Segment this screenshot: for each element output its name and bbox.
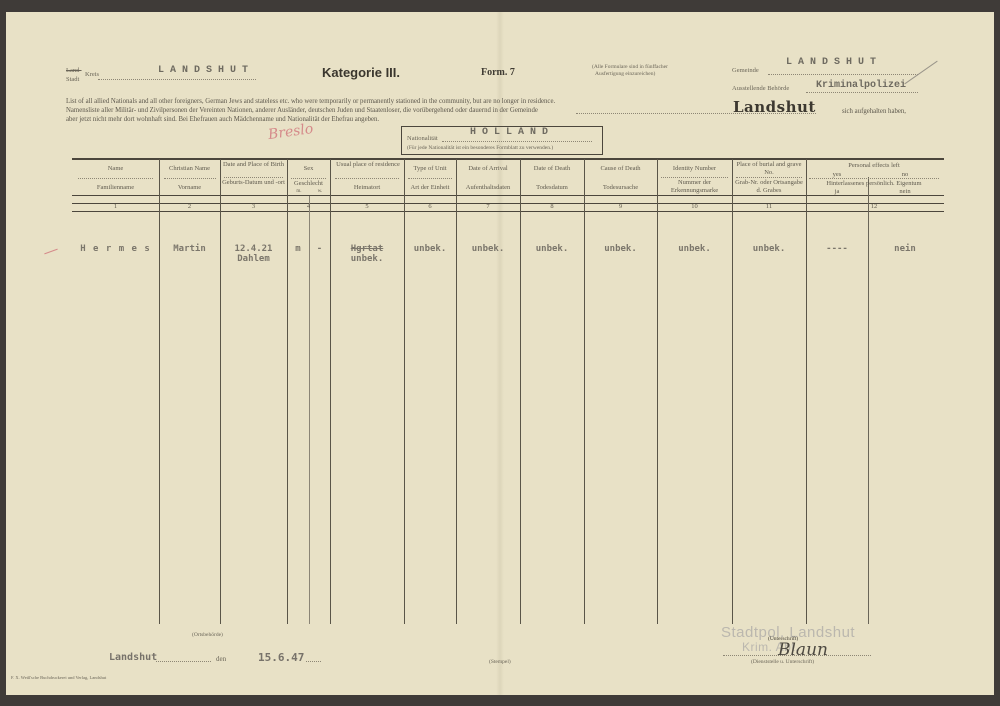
intro-line-3: aber jetzt nicht mehr dort wohnhaft sind… bbox=[66, 115, 379, 124]
nationality-value: H O L L A N D bbox=[470, 127, 548, 138]
col-divider bbox=[404, 159, 405, 624]
col-divider bbox=[806, 159, 807, 624]
col-divider bbox=[584, 159, 585, 624]
cell-residence-struck: Hgrtat bbox=[330, 244, 404, 254]
nationality-label: Nationalität bbox=[407, 135, 438, 142]
kreis-underline bbox=[98, 79, 256, 80]
col-5-en: Usual place of residence bbox=[334, 161, 402, 169]
hdr-dots bbox=[661, 177, 728, 178]
sex-subdivider bbox=[309, 196, 310, 624]
cell-identity: unbek. bbox=[657, 244, 732, 254]
cell-name: H e r m e s bbox=[72, 244, 159, 254]
hdr-dots bbox=[78, 178, 153, 179]
pencil-stroke bbox=[904, 61, 937, 85]
col-5-de: Heimatort bbox=[330, 184, 404, 192]
col-8-en: Date of Death bbox=[520, 165, 584, 173]
col-divider bbox=[732, 159, 733, 624]
form-note-line1: (Alle Formulare sind in fünffacher bbox=[592, 64, 668, 70]
cell-effects-no: nein bbox=[868, 244, 942, 254]
col-7-de: Aufenthaltsdaten bbox=[456, 184, 520, 192]
form-number: Form. 7 bbox=[481, 67, 515, 78]
hdr-dots bbox=[408, 178, 452, 179]
stamp-suffix: sich aufgehalten haben, bbox=[842, 107, 906, 116]
table-body-rule bbox=[72, 211, 944, 212]
cell-residence: unbek. bbox=[330, 254, 404, 264]
col-divider bbox=[520, 159, 521, 624]
hdr-dots bbox=[809, 178, 939, 179]
col-3-de: Geburts-Datum und -ort bbox=[222, 179, 285, 187]
cell-death-date: unbek. bbox=[520, 244, 584, 254]
cell-unit: unbek. bbox=[404, 244, 456, 254]
hdr-dots bbox=[335, 178, 399, 179]
cell-sex-m: m bbox=[287, 244, 309, 254]
col-7-num: 7 bbox=[456, 203, 520, 210]
cell-birth-date: 12.4.21 bbox=[220, 244, 287, 254]
col-2-de: Vorname bbox=[159, 184, 220, 192]
dienststelle-label: (Dienststelle u. Unterschrift) bbox=[751, 659, 814, 665]
intro-line-1: List of all allied Nationals and all oth… bbox=[66, 97, 555, 106]
col-12-sub-ja: ja bbox=[806, 188, 868, 196]
footer-date-underline bbox=[306, 661, 321, 662]
kreis-value: L A N D S H U T bbox=[158, 65, 248, 76]
col-4-en: Sex bbox=[287, 165, 330, 173]
col-12-en: Personal effects left bbox=[806, 162, 942, 170]
nationality-note: (Für jede Nationalität ist ein besondere… bbox=[407, 145, 553, 151]
col-3-en: Date and Place of Birth bbox=[222, 161, 285, 169]
footer-place-underline bbox=[156, 661, 211, 662]
form-title: Kategorie III. bbox=[322, 65, 400, 80]
nationality-box: Nationalität H O L L A N D (Für jede Nat… bbox=[401, 126, 603, 155]
col-11-en: Place of burial and grave No. bbox=[736, 161, 802, 177]
gemeinde-label: Gemeinde bbox=[732, 67, 759, 74]
col-2-en: Christian Name bbox=[159, 165, 220, 173]
table-top-rule bbox=[72, 158, 944, 160]
cell-effects-yes: ---- bbox=[806, 244, 868, 254]
col-12-de: Hinterlassenes persönlich. Eigentum bbox=[806, 180, 942, 188]
col-6-de: Art der Einheit bbox=[404, 184, 456, 192]
col-divider bbox=[159, 159, 160, 624]
col-6-num: 6 bbox=[404, 203, 456, 210]
col-divider bbox=[657, 159, 658, 624]
kreis-label-struck: Land- bbox=[66, 67, 82, 74]
behoerde-value: Kriminalpolizei bbox=[816, 80, 906, 91]
col-9-de: Todesursache bbox=[584, 184, 657, 192]
hdr-dots bbox=[164, 178, 216, 179]
col-10-num: 10 bbox=[657, 203, 732, 210]
col-divider bbox=[330, 159, 331, 624]
col-9-num: 9 bbox=[584, 203, 657, 210]
gemeinde-value: L A N D S H U T bbox=[786, 57, 876, 68]
cell-sex-w: - bbox=[309, 244, 330, 254]
kreis-label: Kreis bbox=[85, 71, 99, 78]
col-9-en: Cause of Death bbox=[584, 165, 657, 173]
col-7-en: Date of Arrival bbox=[456, 165, 520, 173]
col-1-en: Name bbox=[72, 165, 159, 173]
col-1-de: Familienname bbox=[72, 184, 159, 192]
document-page: Land- Kreis Stadt L A N D S H U T Katego… bbox=[6, 12, 994, 695]
ortsbehoerde-label: (Ortsbehörde) bbox=[192, 632, 223, 638]
col-4-sub-m: m. bbox=[289, 188, 309, 196]
behoerde-underline bbox=[806, 92, 918, 93]
signature: Blaun bbox=[778, 640, 828, 660]
col-10-en: Identity Number bbox=[657, 165, 732, 173]
col-10-de: Nummer der Erkennungsmarke bbox=[661, 179, 728, 195]
col-12-num: 12 bbox=[806, 203, 942, 210]
footer-place: Landshut bbox=[109, 652, 157, 663]
col-divider bbox=[287, 159, 288, 624]
col-4-sub-w: w. bbox=[310, 188, 330, 196]
form-note-line2: Ausfertigung einzureichen) bbox=[595, 71, 655, 77]
cell-birth-place: Dahlem bbox=[220, 254, 287, 264]
col-3-num: 3 bbox=[220, 203, 287, 210]
nationality-underline bbox=[442, 141, 592, 142]
cell-arrival: unbek. bbox=[456, 244, 520, 254]
behoerde-label: Ausstellende Behörde bbox=[732, 85, 789, 92]
col-11-de: Grab-Nr. oder Ortsangabe d. Grabes bbox=[734, 179, 804, 195]
hdr-dots bbox=[224, 177, 283, 178]
footer-date: 15.6.47 bbox=[258, 651, 304, 664]
hdr-dots bbox=[291, 178, 326, 179]
stempel-label: (Stempel) bbox=[489, 659, 511, 665]
red-check-mark bbox=[44, 249, 57, 255]
col-1-num: 1 bbox=[72, 203, 159, 210]
red-pencil-annotation: Breslo bbox=[267, 121, 314, 143]
col-8-de: Todesdatum bbox=[520, 184, 584, 192]
col-divider bbox=[456, 159, 457, 624]
col-12-sub-nein: nein bbox=[868, 188, 942, 196]
col-4-de: Geschlecht bbox=[287, 180, 330, 188]
gemeinde-underline bbox=[768, 74, 918, 75]
cell-burial: unbek. bbox=[732, 244, 806, 254]
intro-line-2: Namensliste aller Militär- und Zivilpers… bbox=[66, 106, 538, 115]
stadt-label: Stadt bbox=[66, 76, 79, 83]
den-label: den bbox=[216, 655, 226, 663]
printer-credit: F. X. Weiß'sche Buchdruckerei und Verlag… bbox=[11, 675, 106, 680]
col-divider bbox=[220, 159, 221, 624]
cell-christian-name: Martin bbox=[159, 244, 220, 254]
place-stamp: Landshut bbox=[733, 98, 816, 116]
col-8-num: 8 bbox=[520, 203, 584, 210]
col-6-en: Type of Unit bbox=[404, 165, 456, 173]
col-11-num: 11 bbox=[732, 203, 806, 210]
hdr-dots bbox=[736, 177, 802, 178]
col-2-num: 2 bbox=[159, 203, 220, 210]
col-4-num: 4 bbox=[287, 203, 330, 210]
col-5-num: 5 bbox=[330, 203, 404, 210]
cell-death-cause: unbek. bbox=[584, 244, 657, 254]
